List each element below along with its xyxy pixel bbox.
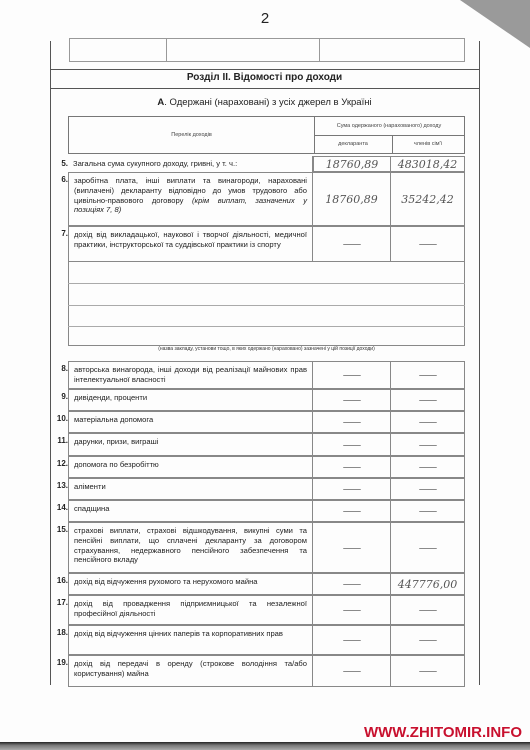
- table-row: 5.Загальна сума сукупного доходу, гривні…: [52, 156, 465, 172]
- family-amount-value: —: [418, 482, 437, 496]
- row-label: аліменти: [68, 478, 313, 500]
- institution-line: [68, 305, 465, 306]
- declarant-amount: —: [313, 595, 391, 625]
- declarant-amount: —: [313, 389, 391, 411]
- family-amount-value: 35242,42: [401, 193, 454, 206]
- row-number: 12.: [52, 459, 68, 468]
- declarant-amount: —: [313, 625, 391, 655]
- scan-bottom-edge: [0, 742, 530, 750]
- subsection-text: . Одержані (нараховані) з усіх джерел в …: [164, 97, 371, 108]
- declarant-amount: —: [313, 522, 391, 573]
- row-number: 16.: [52, 576, 68, 585]
- family-amount-value: —: [418, 664, 437, 678]
- stub-cell: [70, 39, 167, 61]
- declarant-amount-value: —: [342, 664, 361, 678]
- family-amount: —: [391, 361, 465, 389]
- declarant-amount-value: —: [342, 438, 361, 452]
- declarant-amount-value: —: [342, 504, 361, 518]
- family-amount: 447776,00: [391, 573, 465, 595]
- row-number: 5.: [52, 159, 68, 168]
- row-number: 7.: [52, 229, 68, 238]
- family-amount-value: —: [418, 633, 437, 647]
- declarant-amount-value: —: [342, 237, 361, 251]
- family-amount-value: —: [418, 460, 437, 474]
- family-amount: —: [391, 522, 465, 573]
- family-amount-value: 447776,00: [398, 578, 458, 591]
- row-label-text: допомога по безробіттю: [74, 460, 159, 469]
- declarant-amount-value: 18760,89: [326, 158, 379, 171]
- row-label: заробітна плата, інші виплати та винагор…: [68, 172, 313, 226]
- row-label-text: дохід від викладацької, наукової і творч…: [74, 230, 307, 249]
- divider: [50, 88, 479, 89]
- previous-section-table-stub: [69, 38, 465, 62]
- table-row: 10.матеріальна допомога——: [52, 411, 465, 433]
- declarant-amount-value: —: [342, 482, 361, 496]
- table-row: 11.дарунки, призи, виграші——: [52, 433, 465, 456]
- row-label-text: Загальна сума сукупного доходу, гривні, …: [73, 159, 237, 168]
- declarant-amount-value: —: [342, 541, 361, 555]
- declarant-amount-value: —: [342, 393, 361, 407]
- stub-cell: [320, 39, 464, 61]
- income-table-header: Перелік доходів Сума одержаного (нарахов…: [68, 116, 465, 154]
- row-label: дохід від відчуження цінних паперів та к…: [68, 625, 313, 655]
- family-amount: —: [391, 595, 465, 625]
- declarant-amount-value: —: [342, 460, 361, 474]
- row-label-text: матеріальна допомога: [74, 415, 153, 424]
- declarant-amount-value: —: [342, 577, 361, 591]
- family-amount: —: [391, 433, 465, 456]
- declarant-amount: —: [313, 573, 391, 595]
- header-declarant: декларанта: [314, 135, 393, 153]
- declarant-amount: —: [313, 433, 391, 456]
- row-number: 13.: [52, 481, 68, 490]
- family-amount: —: [391, 625, 465, 655]
- stub-cell: [167, 39, 320, 61]
- row-number: 10.: [52, 414, 68, 423]
- row-number: 15.: [52, 525, 68, 534]
- row-label-text: дохід від передачі в оренду (строкове во…: [74, 659, 307, 678]
- family-amount-value: —: [418, 393, 437, 407]
- declarant-amount-value: 18760,89: [325, 193, 378, 206]
- row-label: дохід від провадження підприємницької та…: [68, 595, 313, 625]
- family-amount-value: —: [418, 237, 437, 251]
- row-number: 17.: [52, 598, 68, 607]
- row-label-text: дохід від відчуження цінних паперів та к…: [74, 629, 283, 638]
- family-amount: —: [391, 655, 465, 687]
- row-label: дарунки, призи, виграші: [68, 433, 313, 456]
- family-amount: 35242,42: [391, 172, 465, 226]
- table-row: 12.допомога по безробіттю——: [52, 456, 465, 478]
- header-amount-group: Сума одержаного (нарахованого) доходу: [314, 117, 464, 136]
- family-amount-value: —: [418, 415, 437, 429]
- row-label: Загальна сума сукупного доходу, гривні, …: [68, 156, 313, 172]
- institution-lines-box: [68, 262, 465, 346]
- row-number: 18.: [52, 628, 68, 637]
- declarant-amount: —: [313, 655, 391, 687]
- institution-line: [68, 326, 465, 327]
- row-label-text: спадщина: [74, 504, 109, 513]
- table-row: 15.страхові виплати, страхові відшкодува…: [52, 522, 465, 573]
- family-amount-value: —: [418, 438, 437, 452]
- site-watermark: WWW.ZHITOMIR.INFO: [364, 724, 522, 741]
- declarant-amount: 18760,89: [313, 156, 391, 172]
- family-amount: —: [391, 226, 465, 262]
- row-label-text: дохід від відчуження рухомого та нерухом…: [74, 577, 258, 586]
- table-row: 14.спадщина——: [52, 500, 465, 522]
- page-number: 2: [0, 10, 530, 27]
- declarant-amount: —: [313, 361, 391, 389]
- row-label: дивіденди, проценти: [68, 389, 313, 411]
- table-row: 6.заробітна плата, інші виплати та винаг…: [52, 172, 465, 226]
- family-amount: 483018,42: [391, 156, 465, 172]
- table-row: 13.аліменти——: [52, 478, 465, 500]
- subsection-title: А. Одержані (нараховані) з усіх джерел в…: [50, 97, 479, 108]
- declarant-amount-value: —: [342, 415, 361, 429]
- table-row: 18.дохід від відчуження цінних паперів т…: [52, 625, 465, 655]
- row-label-text: дохід від провадження підприємницької та…: [74, 599, 307, 618]
- family-amount: —: [391, 456, 465, 478]
- row-label-text: страхові виплати, страхові відшкодування…: [74, 526, 307, 564]
- section-title: Розділ ІІ. Відомості про доходи: [50, 72, 479, 83]
- divider: [50, 69, 479, 70]
- institution-line: [68, 283, 465, 284]
- row-label: спадщина: [68, 500, 313, 522]
- row-label-text: дивіденди, проценти: [74, 393, 147, 402]
- family-amount: —: [391, 411, 465, 433]
- row-label: дохід від викладацької, наукової і творч…: [68, 226, 313, 262]
- family-amount: —: [391, 500, 465, 522]
- declarant-amount: 18760,89: [313, 172, 391, 226]
- row-number: 8.: [52, 364, 68, 373]
- declarant-amount-value: —: [342, 603, 361, 617]
- row-label-text: авторська винагорода, інші доходи від ре…: [74, 365, 307, 384]
- row-number: 14.: [52, 503, 68, 512]
- table-row: 19.дохід від передачі в оренду (строкове…: [52, 655, 465, 687]
- table-row: 9.дивіденди, проценти——: [52, 389, 465, 411]
- declarant-amount: —: [313, 226, 391, 262]
- row-number: 19.: [52, 658, 68, 667]
- family-amount: —: [391, 389, 465, 411]
- declarant-amount: —: [313, 456, 391, 478]
- family-amount-value: —: [418, 541, 437, 555]
- declarant-amount: —: [313, 411, 391, 433]
- row-number: 6.: [52, 175, 68, 184]
- header-income-list: Перелік доходів: [69, 117, 315, 153]
- declarant-amount: —: [313, 500, 391, 522]
- row-label: матеріальна допомога: [68, 411, 313, 433]
- family-amount-value: 483018,42: [398, 158, 458, 171]
- row-label: допомога по безробіттю: [68, 456, 313, 478]
- table-row: 17.дохід від провадження підприємницької…: [52, 595, 465, 625]
- row-label: дохід від відчуження рухомого та нерухом…: [68, 573, 313, 595]
- row-label-text: аліменти: [74, 482, 106, 491]
- row-number: 9.: [52, 392, 68, 401]
- family-amount-value: —: [418, 603, 437, 617]
- family-amount-value: —: [418, 504, 437, 518]
- institution-caption: (назва закладу, установи тощо, в яких од…: [68, 346, 465, 352]
- row-label-text: дарунки, призи, виграші: [74, 437, 158, 446]
- row-number: 11.: [52, 436, 68, 445]
- declarant-amount-value: —: [342, 633, 361, 647]
- table-row: 8.авторська винагорода, інші доходи від …: [52, 361, 465, 389]
- declarant-amount-value: —: [342, 368, 361, 382]
- row-label: дохід від передачі в оренду (строкове во…: [68, 655, 313, 687]
- family-amount-value: —: [418, 368, 437, 382]
- row-label: авторська винагорода, інші доходи від ре…: [68, 361, 313, 389]
- header-family: членів сім'ї: [392, 135, 464, 153]
- table-row: 7.дохід від викладацької, наукової і тво…: [52, 226, 465, 262]
- family-amount: —: [391, 478, 465, 500]
- table-row: 16.дохід від відчуження рухомого та неру…: [52, 573, 465, 595]
- row-label: страхові виплати, страхові відшкодування…: [68, 522, 313, 573]
- declarant-amount: —: [313, 478, 391, 500]
